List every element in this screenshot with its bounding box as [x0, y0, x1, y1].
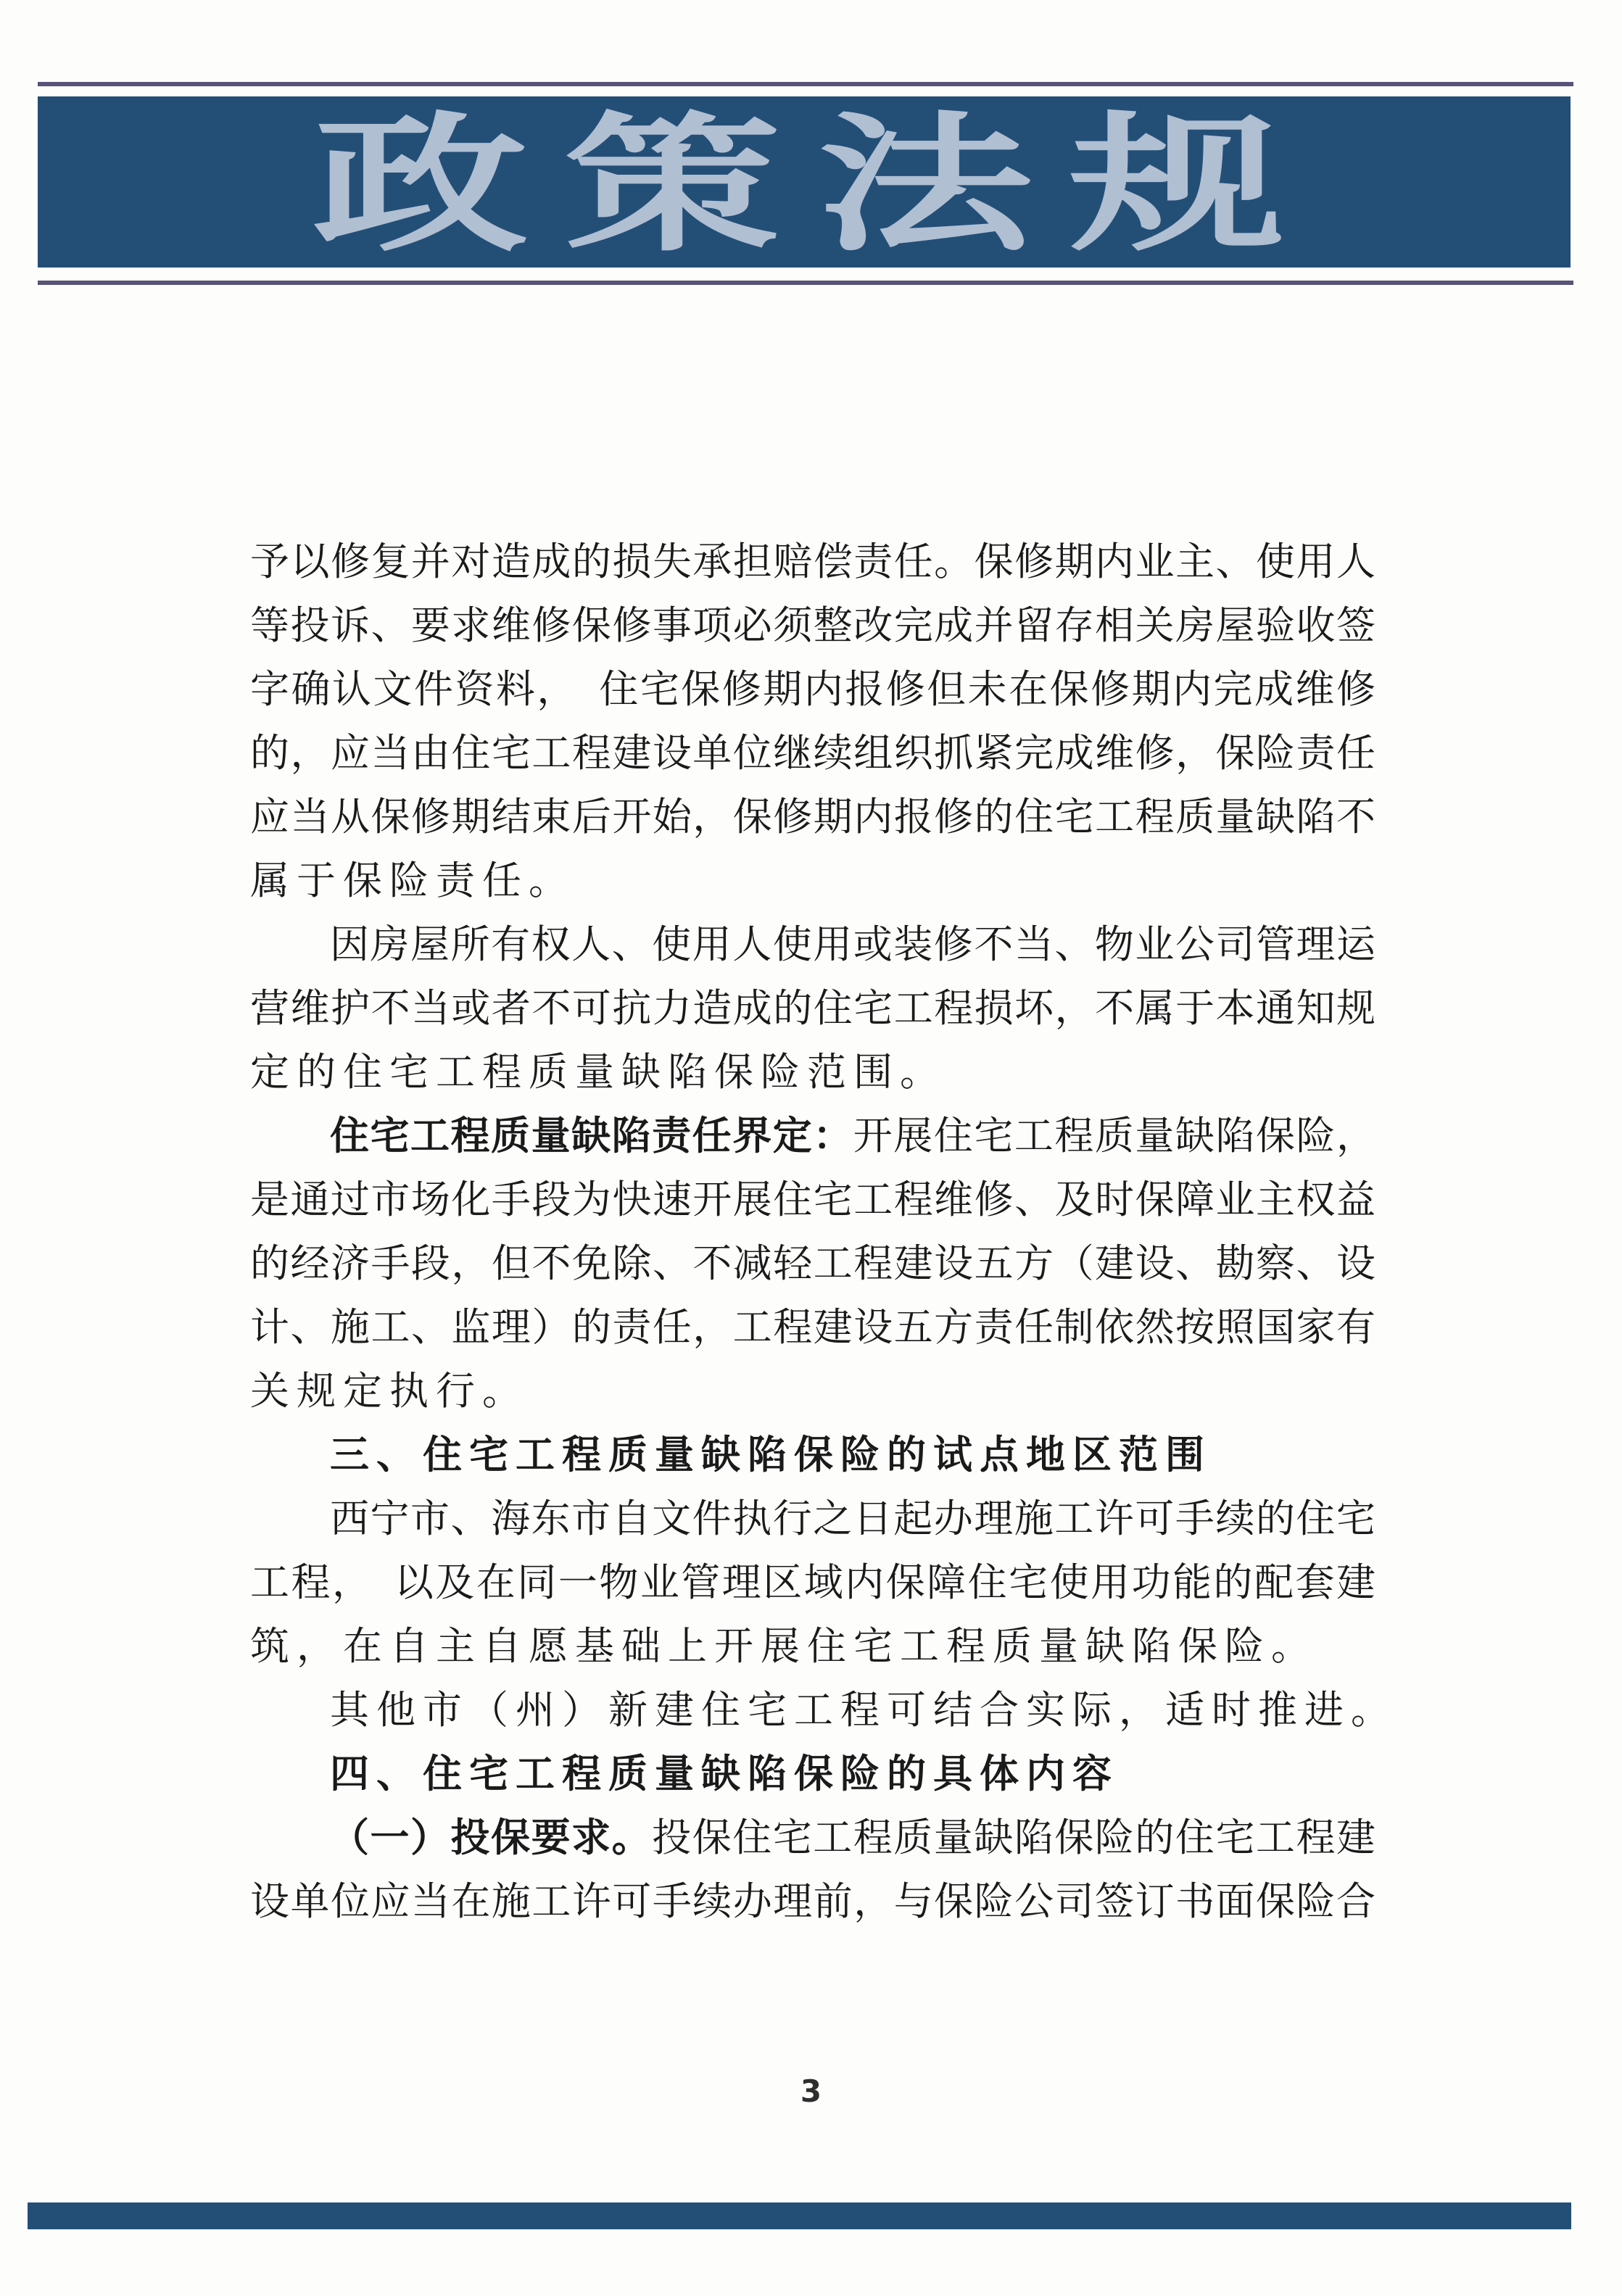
- text-line: 定的住宅工程质量缺陷保险范围。: [250, 1040, 1375, 1104]
- banner-title: 政策法规: [313, 104, 1322, 260]
- text-line: 因房屋所有权人、使用人使用或装修不当、物业公司管理运: [250, 913, 1375, 977]
- text-line: （一）投保要求。投保住宅工程质量缺陷保险的住宅工程建: [250, 1806, 1375, 1870]
- section-banner: 政策法规: [38, 96, 1571, 268]
- text-line: 营维护不当或者不可抗力造成的住宅工程损坏，不属于本通知规: [250, 977, 1375, 1040]
- document-page: 政策法规 予以修复并对造成的损失承担赔偿责任。保修期内业主、使用人等投诉、要求维…: [0, 0, 1622, 2296]
- text-line: 设单位应当在施工许可手续办理前，与保险公司签订书面保险合: [250, 1870, 1375, 1934]
- text-line: 计、施工、监理）的责任，工程建设五方责任制依然按照国家有: [250, 1296, 1375, 1359]
- text-line: 字确认文件资料， 住宅保修期内报修但未在保修期内完成维修: [250, 658, 1375, 721]
- text-line: 是通过市场化手段为快速开展住宅工程维修、及时保障业主权益: [250, 1168, 1375, 1232]
- footer-bar: [28, 2202, 1571, 2229]
- text-line: 的经济手段，但不免除、不减轻工程建设五方（建设、勘察、设: [250, 1232, 1375, 1296]
- text-line: 三、住宅工程质量缺陷保险的试点地区范围: [250, 1423, 1375, 1487]
- top-divider: [38, 82, 1573, 86]
- text-line: 西宁市、海东市自文件执行之日起办理施工许可手续的住宅: [250, 1487, 1375, 1551]
- text-line-bold-segment: 四、住宅工程质量缺陷保险的具体内容: [330, 1752, 1119, 1796]
- text-line: 四、住宅工程质量缺陷保险的具体内容: [250, 1742, 1375, 1806]
- text-line: 工程， 以及在同一物业管理区域内保障住宅使用功能的配套建: [250, 1551, 1375, 1615]
- text-line: 属于保险责任。: [250, 849, 1375, 913]
- banner-bottom-divider: [38, 281, 1573, 285]
- text-line-bold-segment: 住宅工程质量缺陷责任界定：: [330, 1114, 853, 1158]
- text-line-bold-segment: 三、住宅工程质量缺陷保险的试点地区范围: [330, 1433, 1212, 1477]
- text-line: 等投诉、要求维修保修事项必须整改完成并留存相关房屋验收签: [250, 594, 1375, 658]
- text-line: 筑，在自主自愿基础上开展住宅工程质量缺陷保险。: [250, 1615, 1375, 1678]
- text-line-bold-segment: （一）投保要求。: [330, 1816, 652, 1860]
- text-line: 住宅工程质量缺陷责任界定：开展住宅工程质量缺陷保险，: [250, 1104, 1375, 1168]
- document-body: 予以修复并对造成的损失承担赔偿责任。保修期内业主、使用人等投诉、要求维修保修事项…: [250, 530, 1375, 1934]
- text-line: 其他市（州）新建住宅工程可结合实际，适时推进。: [250, 1678, 1375, 1742]
- text-line: 的，应当由住宅工程建设单位继续组织抓紧完成维修，保险责任: [250, 721, 1375, 785]
- text-line: 关规定执行。: [250, 1359, 1375, 1423]
- page-number: 3: [0, 2073, 1622, 2109]
- text-line: 予以修复并对造成的损失承担赔偿责任。保修期内业主、使用人: [250, 530, 1375, 594]
- text-line: 应当从保修期结束后开始，保修期内报修的住宅工程质量缺陷不: [250, 785, 1375, 849]
